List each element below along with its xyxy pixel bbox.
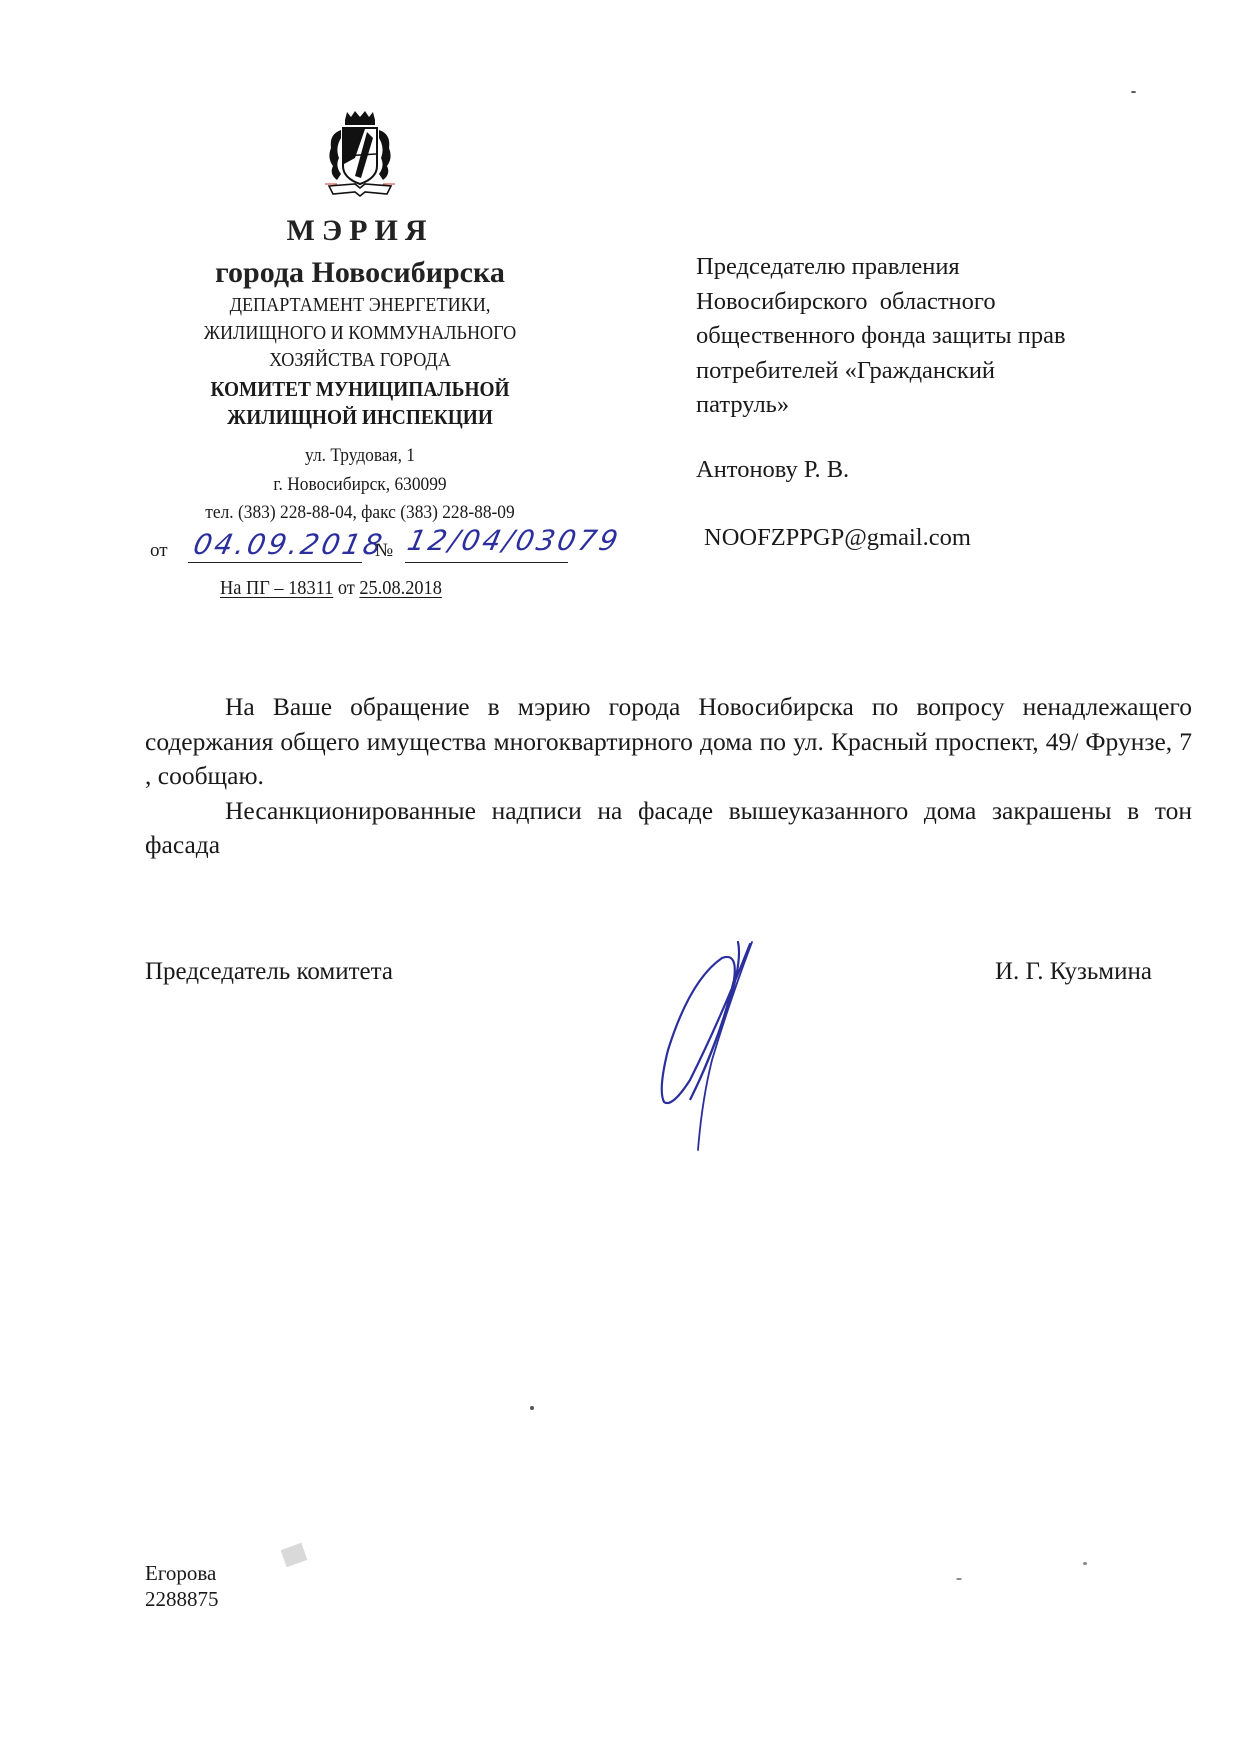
- executor-block: Егорова 2288875: [145, 1560, 219, 1612]
- handwritten-number: 12/04/03079: [404, 524, 623, 557]
- scan-speck: [956, 1578, 962, 1580]
- signatory-title: Председатель комитета: [145, 958, 393, 986]
- from-label: от: [150, 540, 168, 562]
- scan-speck: [530, 1406, 534, 1410]
- body-paragraph: На Ваше обращение в мэрию города Новосиб…: [145, 690, 1192, 794]
- body-paragraph: Несанкционированные надписи на фасаде вы…: [145, 794, 1192, 863]
- committee-line: ЖИЛИЩНОЙ ИНСПЕКЦИИ: [158, 403, 563, 431]
- executor-phone: 2288875: [145, 1586, 219, 1612]
- in-reply-label: На ПГ – 18311: [220, 578, 333, 599]
- org-title: МЭРИЯ: [140, 214, 580, 248]
- coat-of-arms-icon: [315, 108, 405, 208]
- handwritten-signature-icon: [650, 940, 780, 1155]
- recipient-line: потребителей «Гражданский: [696, 354, 1196, 389]
- executor-name: Егорова: [145, 1560, 219, 1586]
- number-label: №: [375, 540, 393, 562]
- department-line: ХОЗЯЙСТВА ГОРОДА: [155, 347, 564, 375]
- number-underline: [405, 562, 568, 563]
- recipient-line: патруль»: [696, 388, 1196, 423]
- department-block: ДЕПАРТАМЕНТ ЭНЕРГЕТИКИ, ЖИЛИЩНОГО И КОММ…: [155, 292, 564, 375]
- recipient-block: Председателю правления Новосибирского об…: [696, 250, 1196, 423]
- in-reply-date: 25.08.2018: [359, 578, 441, 599]
- city-postcode: г. Новосибирск, 630099: [153, 471, 567, 500]
- recipient-line: Председателю правления: [696, 250, 1196, 285]
- committee-line: КОМИТЕТ МУНИЦИПАЛЬНОЙ: [158, 375, 563, 403]
- outgoing-reference: от 04.09.2018 № 12/04/03079: [150, 528, 590, 564]
- date-underline: [188, 562, 362, 563]
- recipient-line: общественного фонда защиты прав: [696, 319, 1196, 354]
- recipient-name: Антонову Р. В.: [696, 456, 849, 484]
- in-reply-from-label: от: [338, 578, 355, 599]
- recipient-email: NOOFZPPGP@gmail.com: [704, 524, 971, 552]
- scan-speck: [1131, 91, 1136, 93]
- in-reply-reference: На ПГ – 18311 от 25.08.2018: [220, 578, 442, 600]
- scan-smudge: [281, 1543, 308, 1567]
- signatory-name: И. Г. Кузьмина: [995, 958, 1152, 986]
- scan-speck: [1083, 1562, 1087, 1565]
- department-line: ДЕПАРТАМЕНТ ЭНЕРГЕТИКИ,: [155, 292, 564, 320]
- address-block: ул. Трудовая, 1 г. Новосибирск, 630099 т…: [153, 442, 567, 528]
- org-city: города Новосибирска: [140, 256, 580, 290]
- street-address: ул. Трудовая, 1: [153, 442, 567, 471]
- recipient-line: Новосибирского областного: [696, 285, 1196, 320]
- handwritten-date: 04.09.2018: [190, 528, 387, 561]
- department-line: ЖИЛИЩНОГО И КОММУНАЛЬНОГО: [155, 320, 564, 348]
- committee-block: КОМИТЕТ МУНИЦИПАЛЬНОЙ ЖИЛИЩНОЙ ИНСПЕКЦИИ: [158, 375, 563, 431]
- letter-body: На Ваше обращение в мэрию города Новосиб…: [145, 690, 1192, 863]
